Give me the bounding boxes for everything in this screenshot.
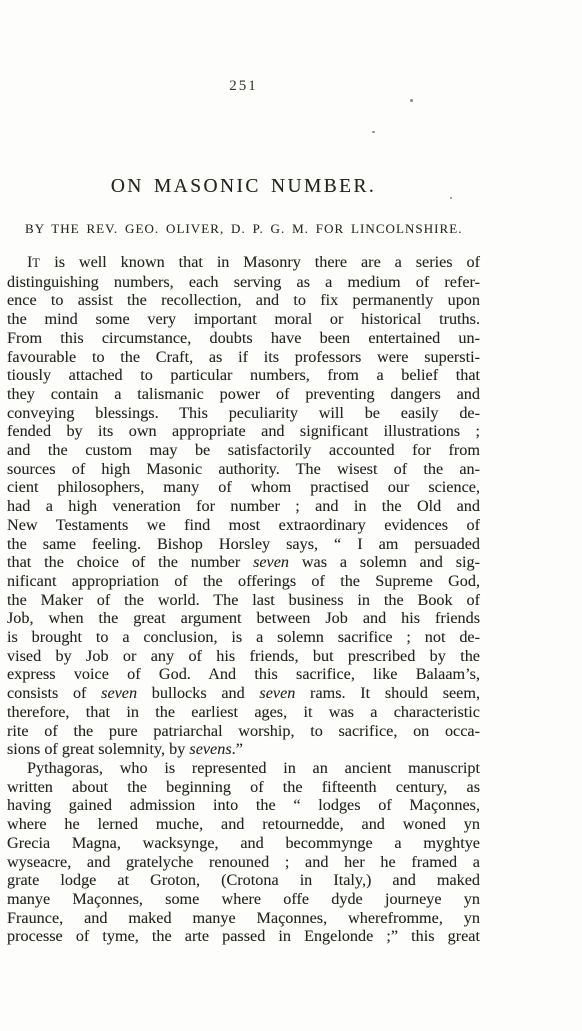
paragraph: Pythagoras, who is represented in an anc…: [7, 759, 480, 946]
italic-text: seven: [259, 684, 295, 702]
text-line: had a high veneration for number ; and i…: [7, 497, 480, 516]
text-line: express voice of God. And this sacrifice…: [7, 665, 480, 684]
italic-text: seven: [253, 553, 289, 571]
article-title: ON MASONIC NUMBER.: [7, 176, 480, 198]
article-body: IT is well known that in Masonry there a…: [7, 253, 480, 946]
text-line: fended by its own appropriate and signif…: [7, 422, 480, 441]
text-line: grate lodge at Groton, (Crotona in Italy…: [7, 871, 480, 890]
text-line: rite of the pure patriarchal worship, to…: [7, 722, 480, 741]
text-line: IT is well known that in Masonry there a…: [7, 253, 480, 273]
paragraph: IT is well known that in Masonry there a…: [7, 253, 480, 759]
text-line: favourable to the Craft, as if its profe…: [7, 348, 480, 367]
text-line: tiously attached to particular numbers, …: [7, 366, 480, 385]
text-line: and the custom may be satisfactorily acc…: [7, 441, 480, 460]
text-line: ence to assist the recollection, and to …: [7, 291, 480, 310]
text-line: conveying blessings. This peculiarity wi…: [7, 404, 480, 423]
small-cap-text: T: [32, 256, 40, 270]
text-line: Grecia Magna, wacksynge, and becommynge …: [7, 834, 480, 853]
text-line: sions of great solemnity, by sevens.”: [7, 740, 480, 759]
byline: BY THE REV. GEO. OLIVER, D. P. G. M. FOR…: [25, 221, 463, 237]
text-line: manye Maçonnes, some where offe dyde jou…: [7, 890, 480, 909]
text-line: written about the beginning of the fifte…: [7, 778, 480, 797]
scan-speck: [372, 131, 375, 133]
text-line: processe of tyme, the arte passed in Eng…: [7, 927, 480, 946]
text-line: cient philosophers, many of whom practis…: [7, 478, 480, 497]
text-line: is brought to a conclusion, is a solemn …: [7, 628, 480, 647]
text-line: where he lerned muche, and retournedde, …: [7, 815, 480, 834]
text-line: Fraunce, and maked manye Maçonnes, where…: [7, 909, 480, 928]
text-line: the mind some very important moral or hi…: [7, 310, 480, 329]
text-line: consists of seven bullocks and seven ram…: [7, 684, 480, 703]
page-number: 251: [7, 78, 480, 95]
text-line: nificant appropriation of the offerings …: [7, 572, 480, 591]
text-line: New Testaments we find most extraordinar…: [7, 516, 480, 535]
scan-speck: [410, 99, 413, 102]
text-line: the same feeling. Bishop Horsley says, “…: [7, 535, 480, 554]
text-line: that the choice of the number seven was …: [7, 553, 480, 572]
text-line: distinguishing numbers, each serving as …: [7, 273, 480, 292]
text-line: the Maker of the world. The last busines…: [7, 591, 480, 610]
text-line: they contain a talismanic power of preve…: [7, 385, 480, 404]
italic-text: sevens: [189, 740, 231, 758]
text-line: wyseacre, and gratelyche renouned ; and …: [7, 853, 480, 872]
text-line: having gained admission into the “ lodge…: [7, 796, 480, 815]
text-line: From this circumstance, doubts have been…: [7, 329, 480, 348]
scan-speck: [450, 197, 452, 199]
text-line: Job, when the great argument between Job…: [7, 609, 480, 628]
text-line: vised by Job or any of his friends, but …: [7, 647, 480, 666]
italic-text: seven: [101, 684, 137, 702]
scanned-book-page: 251 ON MASONIC NUMBER. BY THE REV. GEO. …: [0, 0, 582, 1031]
text-line: sources of high Masonic authority. The w…: [7, 460, 480, 479]
text-line: Pythagoras, who is represented in an anc…: [7, 759, 480, 778]
text-line: therefore, that in the earliest ages, it…: [7, 703, 480, 722]
